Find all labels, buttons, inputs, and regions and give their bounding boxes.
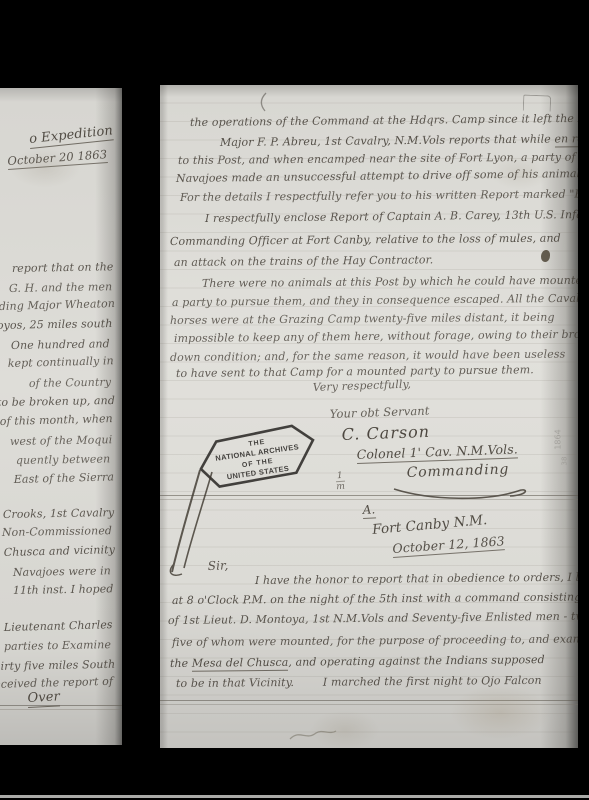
closing-servant: Your obt Servant [330,404,430,421]
handwriting-line: For the details I respectfully refer you… [180,187,578,204]
line-text: , and operating against the Indians supp… [288,653,544,669]
handwriting-line: There were no animals at this Post by wh… [202,274,578,290]
handwriting-line: to have sent to that Camp for a mounted … [176,363,534,380]
signature: C. Carson [341,422,430,444]
handwriting-line: Commanding Officer at Fort Canby, relati… [170,232,561,248]
fragment-line: o Expedition [28,123,113,147]
crease-line [160,495,578,500]
pencil-annotation: 1864 [554,429,563,449]
handwriting-line: the Mesa del Chusca, and operating again… [170,653,545,670]
handwriting-line: impossible to keep any of them here, wit… [174,328,578,345]
rank-text: Colonel 1' Cav. N.M.Vols. [356,441,518,464]
ink-squiggle [256,91,270,113]
paper-stain [450,685,550,740]
section-label-text: A. [362,502,376,519]
handwriting-line: a party to pursue them, and they in cons… [172,292,578,309]
pencil-annotation: 38 [560,457,568,466]
clerk-mark-top: 1 [335,471,344,482]
fragment-line: October 20 1863 [7,147,108,168]
fragment-line: to be broken up, and [0,394,115,409]
underlined-text: Mesa del Chusca [192,656,289,672]
fragment-line: parties to Examine [4,638,111,653]
fragment-text: October 20 1863 [7,147,108,170]
ink-blot [541,250,550,262]
clerk-mark-bottom: m [336,481,345,493]
handwriting-line: an attack on the trains of the Hay Contr… [174,253,434,269]
scanner-edge-strip [0,795,589,798]
fragment-line: Crooks, 1st Cavalry [2,506,114,521]
fragment-line: of this month, when [0,412,113,428]
fragment-line: west of the Moqui [9,433,112,448]
main-page: the operations of the Command at the Hdq… [160,85,578,748]
fragment-line: Non-Commissioned [2,524,112,539]
handwriting-line: Navajoes made an unsuccessful attempt to… [176,167,578,185]
pencil-bracket-mark [523,95,552,112]
dateline-date-text: October 12, 1863 [392,533,505,558]
handwriting-line: I have the honor to report that in obedi… [255,570,578,587]
fragment-line: Lieutenant Charles [4,618,113,634]
fragment-line: report that on the [12,260,114,275]
handwriting-line: five of whom were mounted, for the purpo… [172,632,578,649]
fragment-line: kept continually in [8,354,114,370]
handwriting-line: the operations of the Command at the Hdq… [190,112,578,129]
underlined-text: en route [554,132,578,147]
crease-line [160,700,578,705]
fragment-line: ding Major Wheaton [0,297,115,313]
line-text: the [170,657,192,670]
fragment-line: quently between [15,452,110,467]
fragment-line: oyos, 25 miles south [0,317,113,332]
handwriting-line: I respectfully enclose Report of Captain… [205,208,578,225]
handwriting-line: to this Post, and when encamped near the… [178,150,578,167]
closing-respectfully: Very respectfully, [313,378,412,394]
clerk-mark: 1 m [335,471,345,493]
fragment-line: 11th inst. I hoped [13,582,114,597]
fragment-line: thirty five miles South [0,658,115,673]
handwriting-line: down condition; and, for the same reason… [170,348,565,364]
dateline-place: Fort Canby N.M. [372,512,488,538]
document-scan: o Expedition October 20 1863 report that… [0,0,589,800]
line-text: Major F. P. Abreu, 1st Cavalry, N.M.Vols… [220,132,555,149]
handwriting-line: of 1st Lieut. D. Montoya, 1st N.M.Vols a… [168,609,578,627]
over-mark: Over [27,689,60,706]
dateline-date: October 12, 1863 [392,533,505,556]
crease-line [0,705,122,710]
signature-rank: Colonel 1' Cav. N.M.Vols. [356,441,518,462]
salutation: Sir, [208,558,229,573]
handwriting-line: Major F. P. Abreu, 1st Cavalry, N.M.Vols… [220,132,578,149]
fragment-line: of the Country [29,376,111,390]
section-label: A. [362,502,375,517]
handwriting-line: horses were at the Grazing Camp twenty-f… [170,311,555,327]
fragment-line: Navajoes were in [13,564,111,579]
ink-squiggle [288,725,338,743]
fragment-line: Chusca and vicinity [3,543,114,559]
fragment-line: One hundred and [11,337,110,352]
left-page-fragment: o Expedition October 20 1863 report that… [0,88,122,745]
handwriting-line: to be in that Vicinity. I marched the fi… [176,674,542,690]
fragment-line: East of the Sierra [13,470,114,486]
fragment-text: o Expedition [28,123,113,149]
handwriting-line: at 8 o'Clock P.M. on the night of the 5t… [172,590,578,607]
signature-flourish [392,483,532,503]
signature-commanding: Commanding [406,461,509,481]
fragment-line: G. H. and the men [8,280,112,295]
